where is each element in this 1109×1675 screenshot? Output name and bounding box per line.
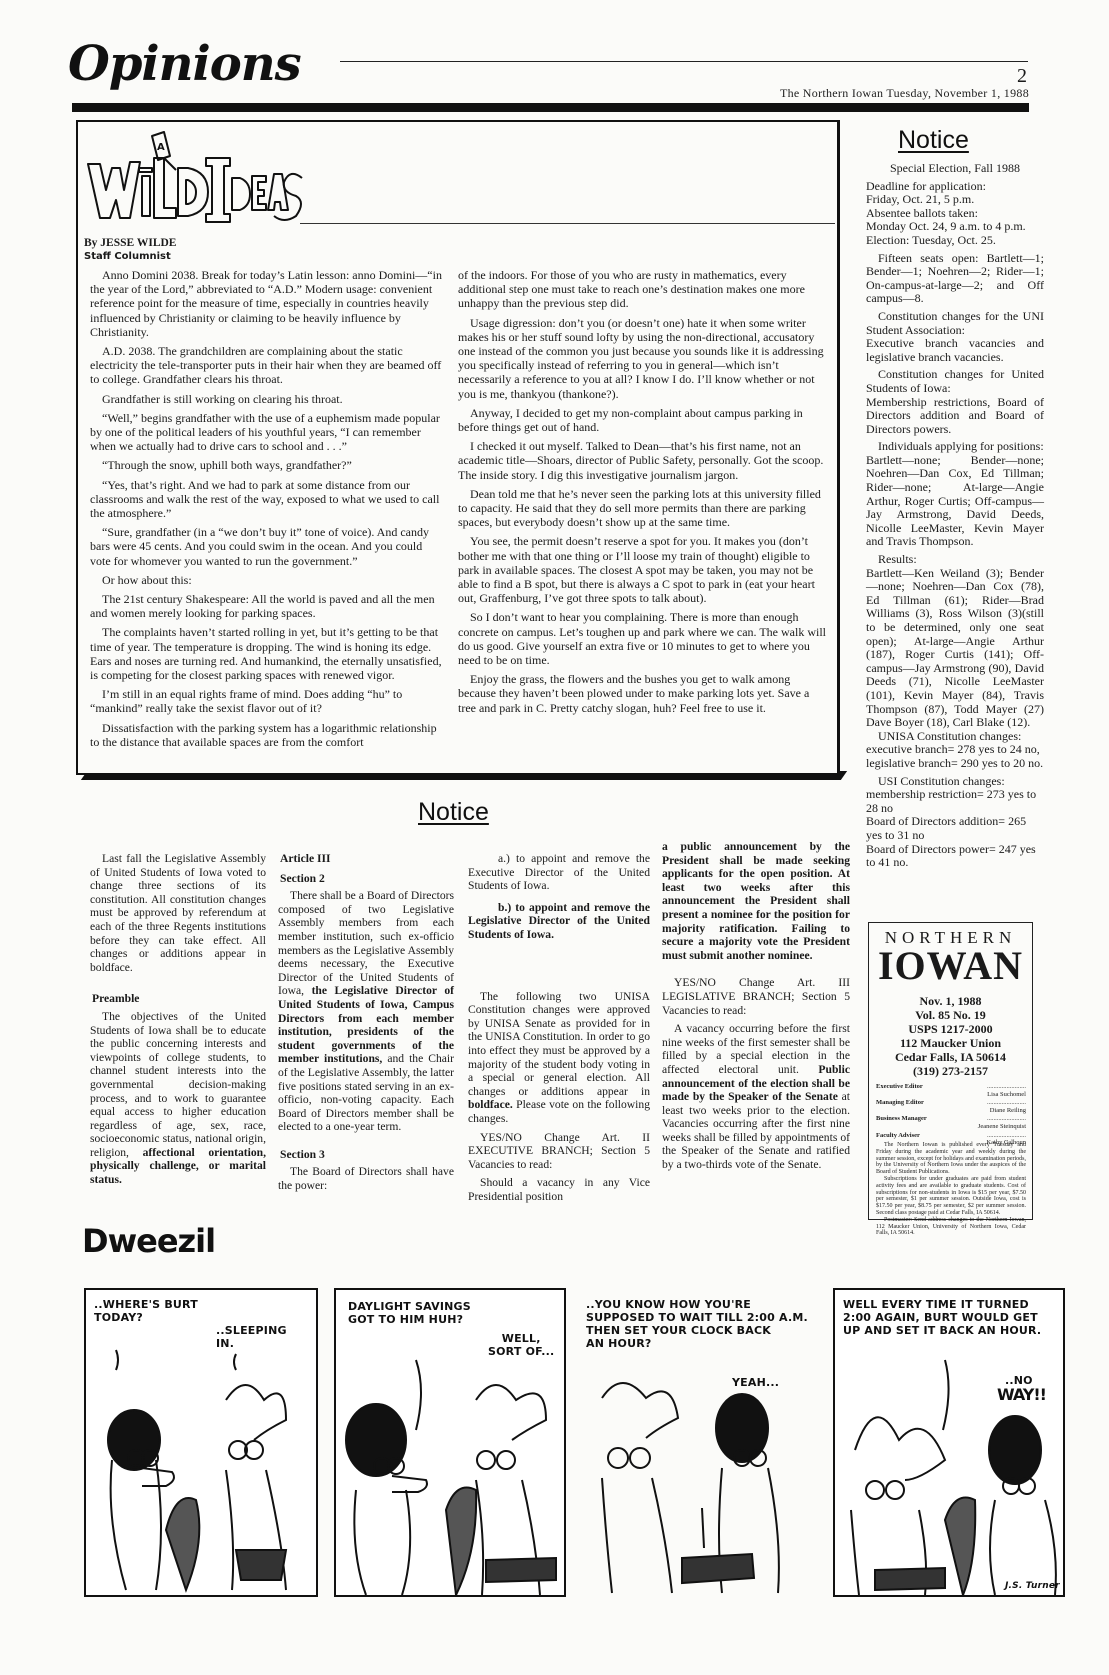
paragraph: “Through the snow, uphill both ways, gra… — [90, 458, 442, 472]
dateline: The Northern Iowan Tuesday, November 1, … — [780, 86, 1029, 101]
staff-name: Diane Reiling — [876, 1107, 1026, 1115]
paragraph: The complaints haven’t started rolling i… — [90, 625, 442, 682]
fine-print-paragraph: The Northern Iowan is published every Tu… — [876, 1142, 1026, 1176]
paragraph: I’m still in an equal rights frame of mi… — [90, 687, 442, 715]
fine-print-paragraph: Subscriptions for under graduates are pa… — [876, 1176, 1026, 1217]
section-2-heading: Section 2 — [280, 872, 454, 886]
column-text-right: of the indoors. For those of you who are… — [458, 268, 828, 720]
author-role: Staff Columnist — [84, 250, 176, 263]
paragraph: “Yes, that’s right. And we had to park a… — [90, 478, 442, 521]
paragraph: Grandfather is still working on clearing… — [90, 392, 442, 406]
staff-list: Executive Editor........................… — [876, 1083, 1026, 1148]
paragraph: The 21st century Shakespeare: All the wo… — [90, 592, 442, 620]
notice-uni-head: Constitution changes for the UNI Student… — [866, 310, 1044, 337]
unisa-intro: The following two UNISA Constitution cha… — [468, 990, 650, 1126]
speech-balloon: WELL, SORT OF... — [488, 1332, 554, 1358]
notice-uni-body: Executive branch vacancies and legislati… — [866, 337, 1044, 364]
svg-text:A: A — [157, 142, 165, 153]
paragraph: Anno Domini 2038. Break for today’s Lati… — [90, 268, 442, 339]
notice-usi-results-head: USI Constitution changes: — [866, 775, 1044, 789]
staff-role: Managing Editor — [876, 1099, 924, 1107]
issue-date: Nov. 1, 1988 — [868, 994, 1033, 1008]
preamble-heading: Preamble — [92, 992, 266, 1006]
paper-info: Nov. 1, 1988 Vol. 85 No. 19 USPS 1217-20… — [868, 994, 1033, 1078]
staff-role: Business Manager — [876, 1115, 927, 1123]
paragraph: So I don’t want to hear you complaining.… — [458, 610, 828, 667]
section-title: Opinions — [68, 40, 301, 88]
column-text-left: Anno Domini 2038. Break for today’s Lati… — [90, 268, 442, 754]
paragraph: Usage digression: don’t you (or doesn’t … — [458, 316, 828, 401]
article-heading: Article III — [280, 852, 454, 866]
exec-change-body: Should a vacancy in any Vice Presidentia… — [468, 1176, 650, 1203]
staff-name: Jeanene Steinquist — [876, 1123, 1026, 1131]
notice-applicants-body: Bartlett—none; Bender—none; Noehren—Dan … — [866, 454, 1044, 549]
section-3-text: The Board of Directors shall have the po… — [278, 1165, 454, 1192]
notice-usi-body: Membership restrictions, Board of Direct… — [866, 396, 1044, 437]
comic-title: Dweezil — [82, 1222, 215, 1260]
comic-panel-3: ..YOU KNOW HOW YOU'RE SUPPOSED TO WAIT T… — [582, 1288, 814, 1597]
paragraph: You see, the permit doesn’t reserve a sp… — [458, 534, 828, 605]
address-line1: 112 Maucker Union — [868, 1036, 1033, 1050]
notice-intro: Last fall the Legislative Assembly of Un… — [90, 852, 266, 974]
byline: By JESSE WILDE Staff Columnist — [84, 237, 176, 263]
notice-results-head: Results: — [866, 553, 1044, 567]
notice-usi-head: Constitution changes for United Students… — [866, 368, 1044, 395]
usps: USPS 1217-2000 — [868, 1022, 1033, 1036]
section-2-text: There shall be a Board of Directors comp… — [278, 889, 454, 1134]
paragraph: “Sure, grandfather (in a “we don’t buy i… — [90, 525, 442, 568]
comic-panel-2: DAYLIGHT SAVINGS GOT TO HIM HUH? WELL, S… — [334, 1288, 566, 1597]
artist-signature: J.S. Turner — [1005, 1580, 1060, 1593]
paragraph: Anyway, I decided to get my non-complain… — [458, 406, 828, 434]
sidebar-notice-body: Special Election, Fall 1988 Deadline for… — [866, 162, 1044, 874]
paragraph: Enjoy the grass, the flowers and the bus… — [458, 672, 828, 715]
exec-change-bold: a public announcement by the President s… — [662, 840, 850, 962]
paragraph: Dean told me that he’s never seen the pa… — [458, 487, 828, 530]
leg-change-heading: YES/NO Change Art. III LEGISLATIVE BRANC… — [662, 976, 850, 1017]
main-notice-heading: Notice — [418, 798, 489, 827]
notice-column-1: Last fall the Legislative Assembly of Un… — [90, 852, 266, 1192]
publication-fine-print: The Northern Iowan is published every Tu… — [876, 1142, 1026, 1237]
section-3-heading: Section 3 — [280, 1148, 454, 1162]
notice-seats: Fifteen seats open: Bartlett—1; Bender—1… — [866, 252, 1044, 306]
paragraph: I checked it out myself. Talked to Dean—… — [458, 439, 828, 482]
speech-balloon: DAYLIGHT SAVINGS GOT TO HIM HUH? — [348, 1300, 471, 1326]
speech-balloon: WELL EVERY TIME IT TURNED 2:00 AGAIN, BU… — [843, 1298, 1041, 1337]
notice-column-4: a public announcement by the President s… — [662, 840, 850, 1177]
paragraph: A.D. 2038. The grandchildren are complai… — [90, 344, 442, 387]
sidebar-notice-heading: Notice — [898, 126, 969, 155]
exec-change-heading: YES/NO Change Art. II EXECUTIVE BRANCH; … — [468, 1131, 650, 1172]
masthead-rule — [340, 61, 1028, 62]
paper-name-line2: IOWAN — [868, 946, 1033, 986]
page-number: 2 — [1017, 66, 1027, 86]
leg-change-body: A vacancy occurring before the first nin… — [662, 1022, 850, 1172]
address-line2: Cedar Falls, IA 50614 — [868, 1050, 1033, 1064]
comic-panel-4: WELL EVERY TIME IT TURNED 2:00 AGAIN, BU… — [833, 1288, 1065, 1597]
item-b: b.) to appoint and remove the Legislativ… — [468, 901, 650, 942]
notice-unisa-body: executive branch= 278 yes to 24 no, legi… — [866, 743, 1044, 770]
notice-usi-results-body: membership restriction= 273 yes to 28 no… — [866, 788, 1044, 870]
notice-column-2: Article III Section 2 There shall be a B… — [278, 852, 454, 1198]
masthead-heavy-rule — [72, 103, 1029, 112]
paragraph: Dissatisfaction with the parking system … — [90, 721, 442, 749]
notice-dates: Deadline for application: Friday, Oct. 2… — [866, 180, 1044, 248]
staff-role: Executive Editor — [876, 1083, 923, 1091]
notice-applicants-head: Individuals applying for positions: — [866, 440, 1044, 454]
speech-balloon: ..YOU KNOW HOW YOU'RE SUPPOSED TO WAIT T… — [586, 1298, 808, 1350]
phone: (319) 273-2157 — [868, 1064, 1033, 1078]
paragraph: of the indoors. For those of you who are… — [458, 268, 828, 311]
wild-ideas-logo: A — [84, 128, 304, 228]
author-name: By JESSE WILDE — [84, 237, 176, 250]
notice-subtitle: Special Election, Fall 1988 — [866, 162, 1044, 176]
speech-balloon: ..SLEEPING IN. — [216, 1324, 287, 1350]
preamble-text: The objectives of the United Students of… — [90, 1010, 266, 1187]
comic-panel-1: ..WHERE'S BURT TODAY? ..SLEEPING IN. — [84, 1288, 318, 1597]
staff-name: Lisa Suchomel — [876, 1091, 1026, 1099]
volume: Vol. 85 No. 19 — [868, 1008, 1033, 1022]
staff-role: Faculty Adviser — [876, 1132, 920, 1140]
item-a: a.) to appoint and remove the Executive … — [468, 852, 650, 893]
paragraph: Or how about this: — [90, 573, 442, 587]
notice-results-body: Bartlett—Ken Weiland (3); Bender—none; N… — [866, 567, 1044, 730]
notice-unisa-head: UNISA Constitution changes: — [866, 730, 1044, 744]
logo-rule — [300, 223, 835, 224]
fine-print-paragraph: Postmaster: Send address changes to the … — [876, 1217, 1026, 1237]
notice-column-3: a.) to appoint and remove the Executive … — [468, 852, 650, 1208]
paragraph: “Well,” begins grandfather with the use … — [90, 411, 442, 454]
speech-balloon: YEAH... — [732, 1376, 779, 1389]
shout-balloon: WAY!! — [997, 1388, 1046, 1401]
speech-balloon: ..WHERE'S BURT TODAY? — [94, 1298, 198, 1324]
